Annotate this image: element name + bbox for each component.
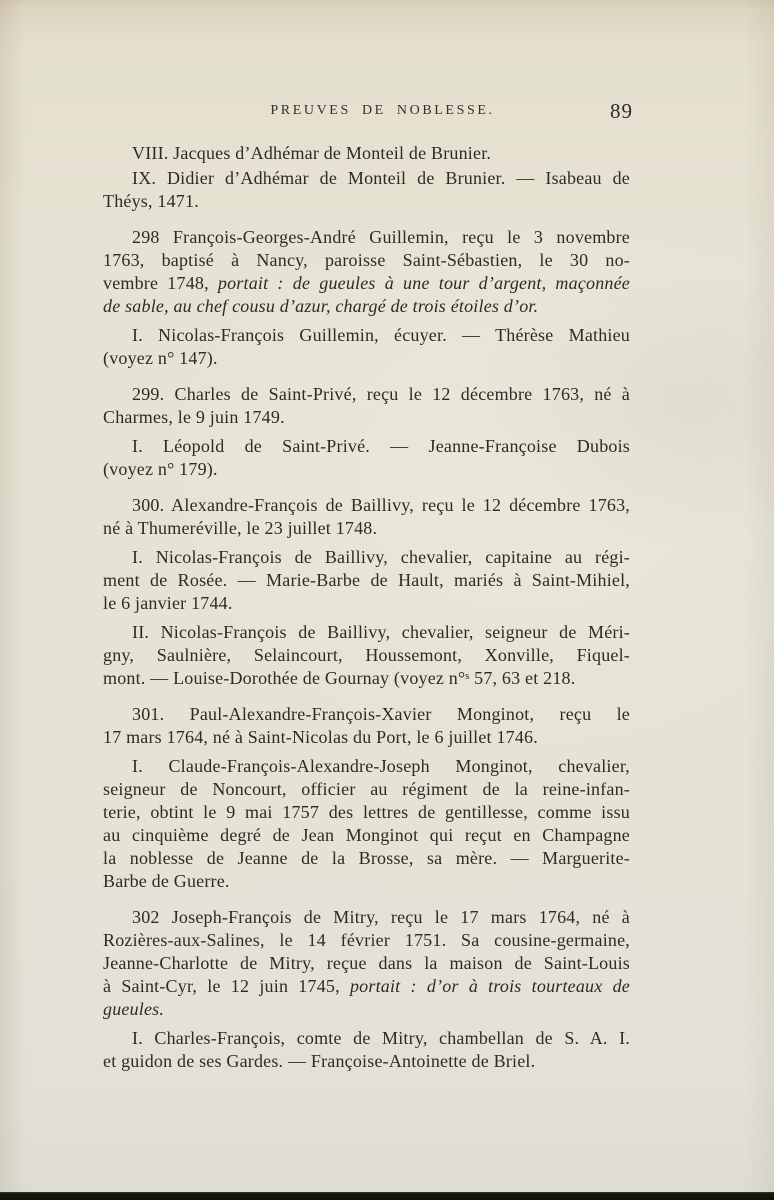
photo-edge-strip <box>0 1192 774 1200</box>
text-line: VIII. Jacques d’Adhémar de Monteil de Br… <box>103 142 630 165</box>
text-segment: 298 François-Georges-André Guillemin, re… <box>132 227 630 247</box>
italic-text-segment: portait : de gueules à une tour d’argent… <box>218 273 630 293</box>
text-segment: Barbe de Guerre. <box>103 871 230 891</box>
paragraph: II. Nicolas-François de Baillivy, cheval… <box>103 621 630 690</box>
text-segment: Théys, 1471. <box>103 191 199 211</box>
paragraph: 301. Paul-Alexandre-François-Xavier Mong… <box>103 703 630 749</box>
text-line: 302 Joseph-François de Mitry, reçu le 17… <box>103 906 630 929</box>
paragraph: 298 François-Georges-André Guillemin, re… <box>103 226 630 318</box>
paragraph: I. Claude-François-Alexandre-Joseph Mong… <box>103 755 630 893</box>
text-line: la noblesse de Jeanne de la Brosse, sa m… <box>103 847 630 870</box>
text-segment: I. Nicolas-François de Baillivy, chevali… <box>132 547 630 567</box>
text-line: (voyez n° 179). <box>103 458 630 481</box>
text-segment: vembre 1748, <box>103 273 218 293</box>
text-segment: (voyez n° 179). <box>103 459 218 479</box>
text-line: I. Nicolas-François Guillemin, écuyer. —… <box>103 324 630 347</box>
text-segment: VIII. Jacques d’Adhémar de Monteil de Br… <box>132 143 491 163</box>
text-line: à Saint-Cyr, le 12 juin 1745, portait : … <box>103 975 630 998</box>
text-line: le 6 janvier 1744. <box>103 592 630 615</box>
paragraph: 300. Alexandre-François de Baillivy, reç… <box>103 494 630 540</box>
text-line: I. Léopold de Saint-Privé. — Jeanne-Fran… <box>103 435 630 458</box>
text-segment: I. Claude-François-Alexandre-Joseph Mong… <box>132 756 630 776</box>
text-line: Rozières-aux-Salines, le 14 février 1751… <box>103 929 630 952</box>
text-segment: seigneur de Noncourt, officier au régime… <box>103 779 630 799</box>
running-title: PREUVES DE NOBLESSE. <box>119 103 646 119</box>
paragraph: I. Charles-François, comte de Mitry, cha… <box>103 1027 630 1073</box>
text-segment: 299. Charles de Saint-Privé, reçu le 12 … <box>132 384 630 404</box>
text-line: I. Claude-François-Alexandre-Joseph Mong… <box>103 755 630 778</box>
text-line: 301. Paul-Alexandre-François-Xavier Mong… <box>103 703 630 726</box>
paragraph: VIII. Jacques d’Adhémar de Monteil de Br… <box>103 142 630 165</box>
text-segment: né à Thumeréville, le 23 juillet 1748. <box>103 518 377 538</box>
text-segment: au cinquième degré de Jean Monginot qui … <box>103 825 630 845</box>
text-line: né à Thumeréville, le 23 juillet 1748. <box>103 517 630 540</box>
paragraph: I. Nicolas-François Guillemin, écuyer. —… <box>103 324 630 370</box>
paragraph: I. Nicolas-François de Baillivy, chevali… <box>103 546 630 615</box>
text-segment: I. Charles-François, comte de Mitry, cha… <box>132 1028 630 1048</box>
paragraph: 302 Joseph-François de Mitry, reçu le 17… <box>103 906 630 1021</box>
text-line: 298 François-Georges-André Guillemin, re… <box>103 226 630 249</box>
text-line: vembre 1748, portait : de gueules à une … <box>103 272 630 295</box>
body-text: VIII. Jacques d’Adhémar de Monteil de Br… <box>103 142 630 1073</box>
paragraph: I. Léopold de Saint-Privé. — Jeanne-Fran… <box>103 435 630 481</box>
italic-text-segment: de sable, au chef cousu d’azur, chargé d… <box>103 296 538 316</box>
text-line: 17 mars 1764, né à Saint-Nicolas du Port… <box>103 726 630 749</box>
text-line: mont. — Louise-Dorothée de Gournay (voye… <box>103 667 630 690</box>
text-segment: la noblesse de Jeanne de la Brosse, sa m… <box>103 848 630 868</box>
text-segment: Rozières-aux-Salines, le 14 février 1751… <box>103 930 630 950</box>
text-segment: IX. Didier d’Adhémar de Monteil de Bruni… <box>132 168 630 188</box>
text-segment: 301. Paul-Alexandre-François-Xavier Mong… <box>132 704 630 724</box>
text-line: Jeanne-Charlotte de Mitry, reçue dans la… <box>103 952 630 975</box>
text-segment: Charmes, le 9 juin 1749. <box>103 407 285 427</box>
text-segment: le 6 janvier 1744. <box>103 593 233 613</box>
italic-text-segment: gueules. <box>103 999 164 1019</box>
text-segment: et guidon de ses Gardes. — Françoise-Ant… <box>103 1051 535 1071</box>
text-segment: 1763, baptisé à Nancy, paroisse Saint-Sé… <box>103 250 630 270</box>
text-segment: 302 Joseph-François de Mitry, reçu le 17… <box>132 907 630 927</box>
text-segment: I. Léopold de Saint-Privé. — Jeanne-Fran… <box>132 436 630 456</box>
text-line: Barbe de Guerre. <box>103 870 630 893</box>
text-line: I. Charles-François, comte de Mitry, cha… <box>103 1027 630 1050</box>
book-page-scan: PREUVES DE NOBLESSE. 89 VIII. Jacques d’… <box>0 0 774 1200</box>
text-line: 300. Alexandre-François de Baillivy, reç… <box>103 494 630 517</box>
text-segment: 17 mars 1764, né à Saint-Nicolas du Port… <box>103 727 538 747</box>
text-line: seigneur de Noncourt, officier au régime… <box>103 778 630 801</box>
paragraph: 299. Charles de Saint-Privé, reçu le 12 … <box>103 383 630 429</box>
text-segment: ment de Rosée. — Marie-Barbe de Hault, m… <box>103 570 630 590</box>
text-segment: I. Nicolas-François Guillemin, écuyer. —… <box>132 325 630 345</box>
text-line: gueules. <box>103 998 630 1021</box>
text-line: au cinquième degré de Jean Monginot qui … <box>103 824 630 847</box>
page-number: 89 <box>610 99 633 124</box>
text-segment: 300. Alexandre-François de Baillivy, reç… <box>132 495 630 515</box>
text-line: de sable, au chef cousu d’azur, chargé d… <box>103 295 630 318</box>
text-line: (voyez n° 147). <box>103 347 630 370</box>
text-line: IX. Didier d’Adhémar de Monteil de Bruni… <box>103 167 630 190</box>
text-segment: II. Nicolas-François de Baillivy, cheval… <box>132 622 630 642</box>
text-line: I. Nicolas-François de Baillivy, chevali… <box>103 546 630 569</box>
text-line: et guidon de ses Gardes. — Françoise-Ant… <box>103 1050 630 1073</box>
text-segment: (voyez n° 147). <box>103 348 218 368</box>
text-line: ment de Rosée. — Marie-Barbe de Hault, m… <box>103 569 630 592</box>
text-line: Charmes, le 9 juin 1749. <box>103 406 630 429</box>
text-line: 1763, baptisé à Nancy, paroisse Saint-Sé… <box>103 249 630 272</box>
text-segment: mont. — Louise-Dorothée de Gournay (voye… <box>103 668 575 688</box>
text-segment: gny, Saulnière, Selaincourt, Houssemont,… <box>103 645 630 665</box>
text-line: 299. Charles de Saint-Privé, reçu le 12 … <box>103 383 630 406</box>
text-segment: terie, obtint le 9 mai 1757 des lettres … <box>103 802 630 822</box>
text-column: PREUVES DE NOBLESSE. 89 VIII. Jacques d’… <box>103 103 630 1073</box>
paragraph: IX. Didier d’Adhémar de Monteil de Bruni… <box>103 167 630 213</box>
text-line: terie, obtint le 9 mai 1757 des lettres … <box>103 801 630 824</box>
text-line: II. Nicolas-François de Baillivy, cheval… <box>103 621 630 644</box>
italic-text-segment: portait : d’or à trois tourteaux de <box>350 976 630 996</box>
text-segment: Jeanne-Charlotte de Mitry, reçue dans la… <box>103 953 630 973</box>
text-segment: à Saint-Cyr, le 12 juin 1745, <box>103 976 350 996</box>
page-header: PREUVES DE NOBLESSE. 89 <box>103 103 630 123</box>
text-line: Théys, 1471. <box>103 190 630 213</box>
text-line: gny, Saulnière, Selaincourt, Houssemont,… <box>103 644 630 667</box>
